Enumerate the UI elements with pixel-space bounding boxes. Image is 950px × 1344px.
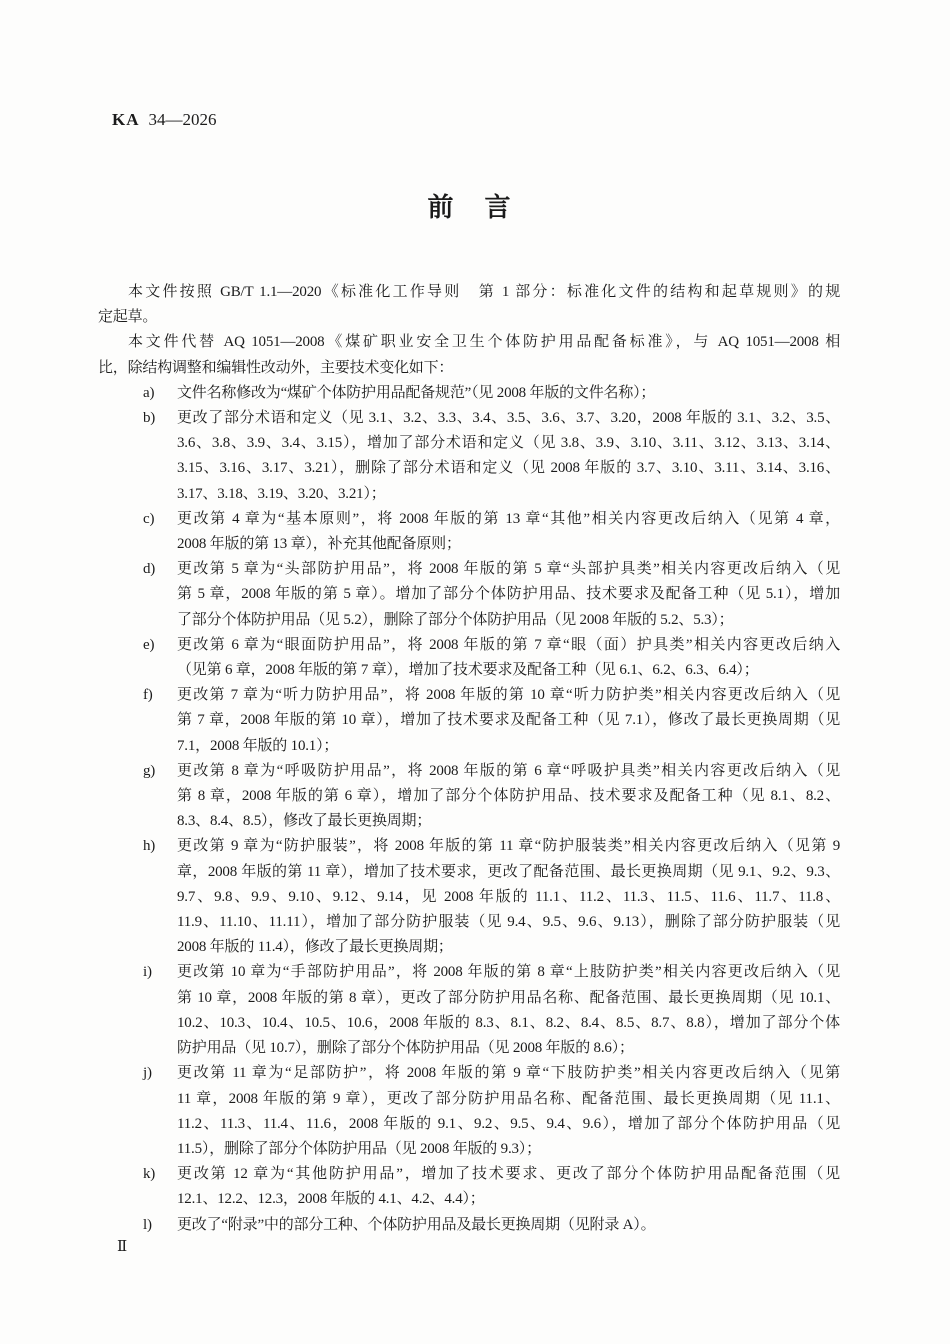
change-list-item-g: g)更改第 8 章为“呼吸防护用品”，将 2008 年版的第 6 章“呼吸护具类…	[98, 759, 840, 835]
change-list-item-b: b)更改了部分术语和定义（见 3.1、3.2、3.3、3.4、3.5、3.6、3…	[98, 406, 840, 507]
paragraph: 本文件按照 GB/T 1.1—2020《标准化工作导则 第 1 部分：标准化文件…	[98, 280, 840, 330]
change-list-item-l: l)更改了“附录”中的部分工种、个体防护用品及最长更换周期（见附录 A）。	[98, 1213, 840, 1238]
page-number: Ⅱ	[117, 1238, 127, 1256]
list-item-line: 第 8 章，2008 年版的第 6 章），增加了部分个体防护用品、技术要求及配备…	[177, 784, 840, 809]
change-list-item-k: k)更改第 12 章为“其他防护用品”，增加了技术要求、更改了部分个体防护用品配…	[98, 1162, 840, 1212]
change-list-item-c: c)更改第 4 章为“基本原则”，将 2008 年版的第 13 章“其他”相关内…	[98, 507, 840, 557]
list-item-line: 第 10 章，2008 年版的第 8 章），更改了部分防护用品名称、配备范围、最…	[177, 986, 840, 1011]
list-item-line: 了部分个体防护用品（见 5.2），删除了部分个体防护用品（见 2008 年版的 …	[177, 608, 840, 633]
list-item-line: 8.3、8.4、8.5），修改了最长更换周期；	[177, 809, 840, 834]
change-list-item-h: h)更改第 9 章为“防护服装”，将 2008 年版的第 11 章“防护服装类”…	[98, 834, 840, 960]
list-item-line: 防护用品（见 10.7），删除了部分个体防护用品（见 2008 年版的 8.6）…	[177, 1036, 840, 1061]
paragraph-line: 定起草。	[98, 305, 840, 330]
intro-paragraphs: 本文件按照 GB/T 1.1—2020《标准化工作导则 第 1 部分：标准化文件…	[98, 280, 840, 381]
list-item-line: 3.15、3.16、3.17、3.21），删除了部分术语和定义（见 2008 年…	[177, 456, 840, 481]
paragraph: 本文件代替 AQ 1051—2008《煤矿职业安全卫生个体防护用品配备标准》，与…	[98, 330, 840, 380]
change-list-item-a: a)文件名称修改为“煤矿个体防护用品配备规范”（见 2008 年版的文件名称）；	[98, 381, 840, 406]
change-list: a)文件名称修改为“煤矿个体防护用品配备规范”（见 2008 年版的文件名称）；…	[98, 381, 840, 1238]
list-item-line: 更改了部分术语和定义（见 3.1、3.2、3.3、3.4、3.5、3.6、3.7…	[177, 406, 840, 431]
doc-code: KA34—2026	[112, 110, 217, 130]
list-item-marker: g)	[143, 759, 155, 784]
list-item-line: 更改第 12 章为“其他防护用品”，增加了技术要求、更改了部分个体防护用品配备范…	[177, 1162, 840, 1187]
list-item-line: 更改第 8 章为“呼吸防护用品”，将 2008 年版的第 6 章“呼吸护具类”相…	[177, 759, 840, 784]
list-item-line: 更改第 7 章为“听力防护用品”，将 2008 年版的第 10 章“听力防护类”…	[177, 683, 840, 708]
list-item-line: 更改了“附录”中的部分工种、个体防护用品及最长更换周期（见附录 A）。	[177, 1213, 840, 1238]
list-item-marker: j)	[143, 1061, 152, 1086]
page-title-char-2: 言	[485, 192, 511, 224]
list-item-marker: i)	[143, 960, 152, 985]
list-item-line: 11.9、11.10、11.11），增加了部分防护服装（见 9.4、9.5、9.…	[177, 910, 840, 935]
list-item-line: 更改第 11 章为“足部防护”，将 2008 年版的第 9 章“下肢防护类”相关…	[177, 1061, 840, 1086]
doc-code-number: 34—2026	[149, 110, 217, 129]
paragraph-line: 比，除结构调整和编辑性改动外，主要技术变化如下：	[98, 356, 840, 381]
list-item-marker: c)	[143, 507, 154, 532]
list-item-marker: k)	[143, 1162, 155, 1187]
list-item-line: 3.17、3.18、3.19、3.20、3.21）；	[177, 482, 840, 507]
list-item-line: 12.1、12.2、12.3，2008 年版的 4.1、4.2、4.4）；	[177, 1187, 840, 1212]
list-item-line: 文件名称修改为“煤矿个体防护用品配备规范”（见 2008 年版的文件名称）；	[177, 381, 840, 406]
list-item-line: 更改第 9 章为“防护服装”，将 2008 年版的第 11 章“防护服装类”相关…	[177, 834, 840, 859]
list-item-marker: a)	[143, 381, 154, 406]
list-item-line: 第 5 章，2008 年版的第 5 章）。增加了部分个体防护用品、技术要求及配备…	[177, 582, 840, 607]
list-item-line: 章，2008 年版的第 11 章），增加了技术要求，更改了配备范围、最长更换周期…	[177, 860, 840, 885]
list-item-line: （见第 6 章，2008 年版的第 7 章），增加了技术要求及配备工种（见 6.…	[177, 658, 840, 683]
list-item-line: 更改第 5 章为“头部防护用品”，将 2008 年版的第 5 章“头部护具类”相…	[177, 557, 840, 582]
list-item-marker: b)	[143, 406, 155, 431]
list-item-line: 9.7、9.8、9.9、9.10、9.12、9.14，见 2008 年版的 11…	[177, 885, 840, 910]
list-item-line: 第 7 章，2008 年版的第 10 章），增加了技术要求及配备工种（见 7.1…	[177, 708, 840, 733]
list-item-marker: l)	[143, 1213, 152, 1238]
change-list-item-e: e)更改第 6 章为“眼面防护用品”，将 2008 年版的第 7 章“眼（面）护…	[98, 633, 840, 683]
list-item-line: 3.6、3.8、3.9、3.4、3.15），增加了部分术语和定义（见 3.8、3…	[177, 431, 840, 456]
document-page: KA34—2026 前 言 本文件按照 GB/T 1.1—2020《标准化工作导…	[0, 0, 950, 1344]
list-item-line: 7.1，2008 年版的 10.1）；	[177, 734, 840, 759]
list-item-line: 10.2、10.3、10.4、10.5、10.6，2008 年版的 8.3、8.…	[177, 1011, 840, 1036]
list-item-marker: f)	[143, 683, 153, 708]
change-list-item-d: d)更改第 5 章为“头部防护用品”，将 2008 年版的第 5 章“头部护具类…	[98, 557, 840, 633]
list-item-line: 更改第 4 章为“基本原则”，将 2008 年版的第 13 章“其他”相关内容更…	[177, 507, 840, 532]
page-title: 前 言	[98, 192, 840, 224]
doc-code-prefix: KA	[112, 110, 140, 129]
list-item-line: 11 章，2008 年版的第 9 章），更改了部分防护用品名称、配备范围、最长更…	[177, 1087, 840, 1112]
list-item-line: 11.5），删除了部分个体防护用品（见 2008 年版的 9.3）；	[177, 1137, 840, 1162]
list-item-line: 2008 年版的第 13 章），补充其他配备原则；	[177, 532, 840, 557]
change-list-item-i: i)更改第 10 章为“手部防护用品”，将 2008 年版的第 8 章“上肢防护…	[98, 960, 840, 1061]
list-item-marker: d)	[143, 557, 155, 582]
list-item-line: 11.2、11.3、11.4、11.6，2008 年版的 9.1、9.2、9.5…	[177, 1112, 840, 1137]
paragraph-line: 本文件代替 AQ 1051—2008《煤矿职业安全卫生个体防护用品配备标准》，与…	[98, 330, 840, 355]
change-list-item-j: j)更改第 11 章为“足部防护”，将 2008 年版的第 9 章“下肢防护类”…	[98, 1061, 840, 1162]
page-title-char-1: 前	[427, 192, 453, 224]
list-item-line: 更改第 10 章为“手部防护用品”，将 2008 年版的第 8 章“上肢防护类”…	[177, 960, 840, 985]
list-item-marker: h)	[143, 834, 155, 859]
foreword-body: 本文件按照 GB/T 1.1—2020《标准化工作导则 第 1 部分：标准化文件…	[98, 280, 840, 1238]
list-item-line: 更改第 6 章为“眼面防护用品”，将 2008 年版的第 7 章“眼（面）护具类…	[177, 633, 840, 658]
paragraph-line: 本文件按照 GB/T 1.1—2020《标准化工作导则 第 1 部分：标准化文件…	[98, 280, 840, 305]
list-item-line: 2008 年版的 11.4），修改了最长更换周期；	[177, 935, 840, 960]
list-item-marker: e)	[143, 633, 154, 658]
change-list-item-f: f)更改第 7 章为“听力防护用品”，将 2008 年版的第 10 章“听力防护…	[98, 683, 840, 759]
